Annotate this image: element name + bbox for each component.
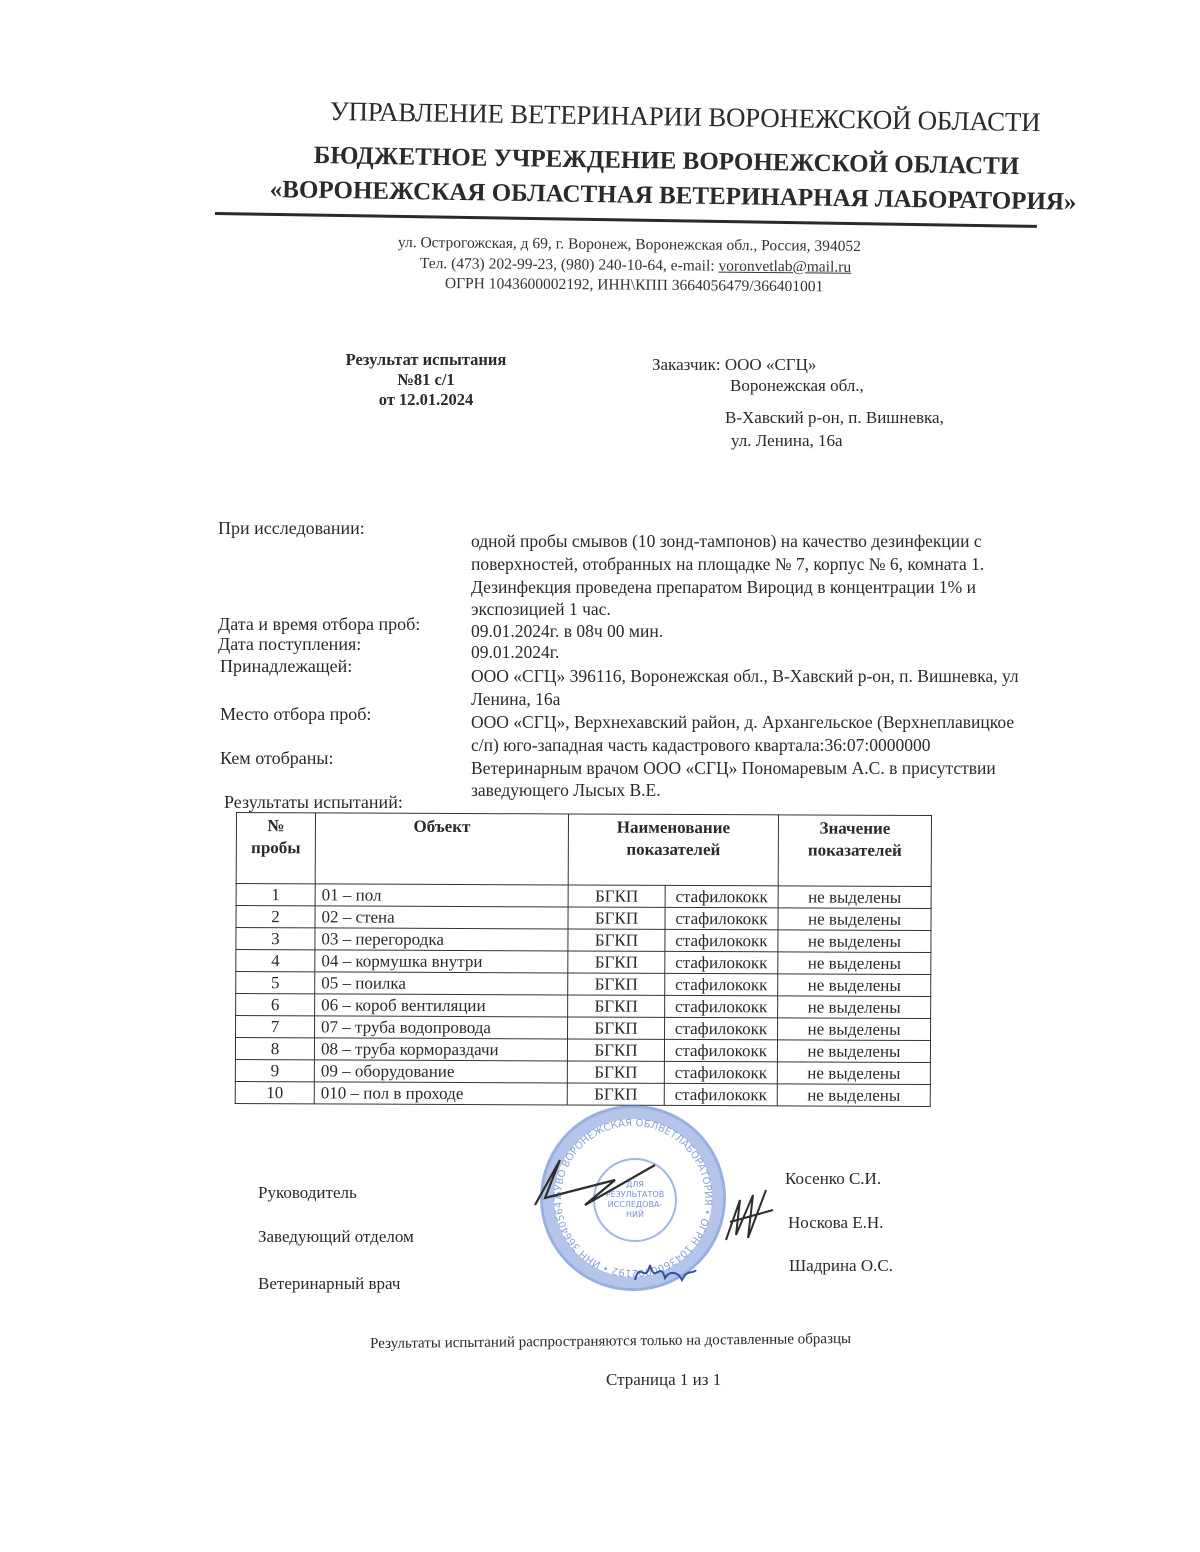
customer-street: ул. Ленина, 16а — [731, 430, 843, 451]
department-title: УПРАВЛЕНИЕ ВЕТЕРИНАРИИ ВОРОНЕЖСКОЙ ОБЛАС… — [330, 96, 1041, 138]
cell-indicator-bgkp: БГКП — [567, 1039, 664, 1061]
study-line-4: экспозицией 1 час. — [471, 598, 611, 620]
table-header-row: № пробы Объект Наименование показателей … — [236, 813, 931, 887]
result-title: Результат испытания №81 с/1 от 12.01.202… — [316, 350, 536, 410]
cell-sample-number: 5 — [236, 972, 315, 994]
place-label: Место отбора проб: — [220, 704, 371, 725]
result-title-line1: Результат испытания — [316, 350, 536, 370]
cell-indicator-staph: стафилококк — [665, 951, 778, 973]
customer-district: В-Хавский р-он, п. Вишневка, — [725, 407, 944, 428]
signature-role-head: Руководитель — [258, 1183, 357, 1203]
table-row: 10 010 – пол в проходе БГКП стафилококк … — [235, 1081, 930, 1106]
cell-object: 08 – труба кормораздачи — [314, 1038, 567, 1061]
owner-line-2: Ленина, 16а — [471, 688, 560, 710]
phone-text: Тел. (473) 202-99-23, (980) 240-10-64, e… — [420, 255, 719, 275]
cell-sample-number: 8 — [235, 1038, 314, 1060]
cell-value: не выделены — [778, 930, 931, 953]
registration-line: ОГРН 1043600002192, ИНН\КПП 3664056479/3… — [445, 275, 824, 296]
cell-sample-number: 9 — [235, 1059, 314, 1081]
sampling-datetime-value: 09.01.2024г. в 08ч 00 мин. — [471, 620, 663, 642]
cell-indicator-bgkp: БГКП — [568, 885, 665, 907]
place-line-1: ООО «СГЦ», Верхнехавский район, д. Архан… — [471, 711, 1014, 733]
signature-role-department-head: Заведующий отделом — [258, 1227, 414, 1247]
cell-sample-number: 6 — [236, 994, 315, 1016]
cell-object: 010 – пол в проходе — [314, 1082, 567, 1105]
table-row: 9 09 – оборудование БГКП стафилококк не … — [235, 1059, 930, 1084]
signature-department-head-icon — [718, 1180, 788, 1250]
cell-object: 04 – кормушка внутри — [315, 950, 568, 973]
study-line-2: поверхностей, отобранных на площадке № 7… — [471, 553, 984, 575]
cell-indicator-bgkp: БГКП — [568, 1017, 665, 1039]
organization-title-line1: БЮДЖЕТНОЕ УЧРЕЖДЕНИЕ ВОРОНЕЖСКОЙ ОБЛАСТИ — [314, 142, 1020, 181]
cell-indicator-staph: стафилококк — [665, 995, 778, 1017]
receipt-date-label: Дата поступления: — [218, 634, 361, 655]
table-row: 7 07 – труба водопровода БГКП стафилокок… — [236, 1016, 931, 1041]
cell-indicator-bgkp: БГКП — [568, 929, 665, 951]
cell-object: 01 – пол — [315, 884, 568, 907]
cell-indicator-staph: стафилококк — [665, 973, 778, 995]
cell-value: не выделены — [778, 886, 931, 909]
signature-head-icon — [525, 1150, 685, 1210]
cell-indicator-staph: стафилококк — [664, 1061, 777, 1083]
table-row: 3 03 – перегородка БГКП стафилококк не в… — [236, 928, 931, 953]
signature-veterinarian-icon — [630, 1250, 700, 1290]
signature-name-head: Косенко С.И. — [785, 1169, 881, 1189]
table-row: 4 04 – кормушка внутри БГКП стафилококк … — [236, 950, 931, 975]
signature-role-veterinarian: Ветеринарный врач — [258, 1274, 400, 1294]
receipt-date-value: 09.01.2024г. — [471, 641, 559, 663]
email-link[interactable]: voronvetlab@mail.ru — [718, 258, 851, 276]
cell-object: 03 – перегородка — [315, 928, 568, 951]
cell-value: не выделены — [778, 908, 931, 931]
study-label: При исследовании: — [218, 518, 365, 539]
place-line-2: с/п) юго-западная часть кадастрового ква… — [471, 734, 930, 756]
owner-line-1: ООО «СГЦ» 396116, Воронежская обл., В-Ха… — [471, 665, 1019, 687]
header-sample-number: № пробы — [236, 813, 315, 884]
study-line-1: одной пробы смывов (10 зонд-тампонов) на… — [471, 530, 982, 552]
header-indicator-name: Наименование показателей — [568, 814, 778, 886]
cell-indicator-bgkp: БГКП — [568, 907, 665, 929]
address-line: ул. Острогожская, д 69, г. Воронеж, Воро… — [398, 234, 861, 256]
footer-disclaimer: Результаты испытаний распространяются то… — [370, 1331, 851, 1353]
sampled-by-label: Кем отобраны: — [220, 748, 333, 769]
cell-object: 06 – короб вентиляции — [315, 994, 568, 1017]
header-object: Объект — [315, 813, 568, 885]
result-date: от 12.01.2024 — [316, 390, 536, 410]
sampled-by-line-1: Ветеринарным врачом ООО «СГЦ» Пономаревы… — [471, 757, 996, 779]
table-row: 5 05 – поилка БГКП стафилококк не выделе… — [236, 972, 931, 997]
table-row: 8 08 – труба кормораздачи БГКП стафилоко… — [235, 1038, 930, 1063]
cell-sample-number: 3 — [236, 928, 315, 950]
document-page: УПРАВЛЕНИЕ ВЕТЕРИНАРИИ ВОРОНЕЖСКОЙ ОБЛАС… — [0, 0, 1200, 1552]
table-row: 6 06 – короб вентиляции БГКП стафилококк… — [236, 994, 931, 1019]
cell-value: не выделены — [778, 996, 931, 1019]
cell-indicator-bgkp: БГКП — [568, 951, 665, 973]
header-divider — [215, 212, 1037, 228]
cell-value: не выделены — [777, 1040, 930, 1063]
cell-indicator-bgkp: БГКП — [568, 995, 665, 1017]
cell-sample-number: 10 — [235, 1081, 314, 1103]
cell-object: 09 – оборудование — [314, 1060, 567, 1083]
contact-line: Тел. (473) 202-99-23, (980) 240-10-64, e… — [420, 255, 851, 277]
table-row: 2 02 – стена БГКП стафилококк не выделен… — [236, 906, 931, 931]
cell-indicator-staph: стафилококк — [664, 1083, 777, 1105]
result-number: №81 с/1 — [316, 370, 536, 390]
cell-object: 02 – стена — [315, 906, 568, 929]
cell-sample-number: 4 — [236, 950, 315, 972]
cell-indicator-bgkp: БГКП — [567, 1061, 664, 1083]
cell-sample-number: 1 — [236, 884, 315, 906]
cell-indicator-staph: стафилококк — [665, 1017, 778, 1039]
cell-indicator-staph: стафилококк — [664, 1039, 777, 1061]
cell-object: 05 – поилка — [315, 972, 568, 995]
signature-name-department-head: Носкова Е.Н. — [788, 1213, 883, 1233]
cell-indicator-bgkp: БГКП — [567, 1083, 664, 1105]
table-row: 1 01 – пол БГКП стафилококк не выделены — [236, 884, 931, 909]
customer-region: Воронежская обл., — [730, 375, 864, 396]
cell-value: не выделены — [777, 1062, 930, 1085]
results-label: Результаты испытаний: — [224, 792, 403, 813]
cell-value: не выделены — [778, 974, 931, 997]
cell-indicator-staph: стафилококк — [665, 907, 778, 929]
cell-indicator-staph: стафилококк — [665, 885, 778, 907]
study-line-3: Дезинфекция проведена препаратом Вироцид… — [471, 576, 976, 598]
sampling-datetime-label: Дата и время отбора проб: — [218, 614, 420, 635]
cell-indicator-bgkp: БГКП — [568, 973, 665, 995]
customer-name: Заказчик: ООО «СГЦ» — [652, 354, 816, 375]
signature-name-veterinarian: Шадрина О.С. — [789, 1256, 893, 1276]
cell-sample-number: 2 — [236, 906, 315, 928]
owner-label: Принадлежащей: — [220, 656, 352, 677]
cell-value: не выделены — [777, 1084, 930, 1107]
header-indicator-value: Значение показателей — [778, 815, 931, 887]
cell-sample-number: 7 — [236, 1016, 315, 1038]
page-number: Страница 1 из 1 — [606, 1370, 721, 1390]
organization-title-line2: «ВОРОНЕЖСКАЯ ОБЛАСТНАЯ ВЕТЕРИНАРНАЯ ЛАБО… — [270, 176, 1077, 217]
sampled-by-line-2: заведующего Лысых В.Е. — [471, 779, 661, 801]
results-table: № пробы Объект Наименование показателей … — [235, 812, 932, 1107]
cell-object: 07 – труба водопровода — [315, 1016, 568, 1039]
cell-value: не выделены — [778, 1018, 931, 1041]
cell-indicator-staph: стафилококк — [665, 929, 778, 951]
cell-value: не выделены — [778, 952, 931, 975]
